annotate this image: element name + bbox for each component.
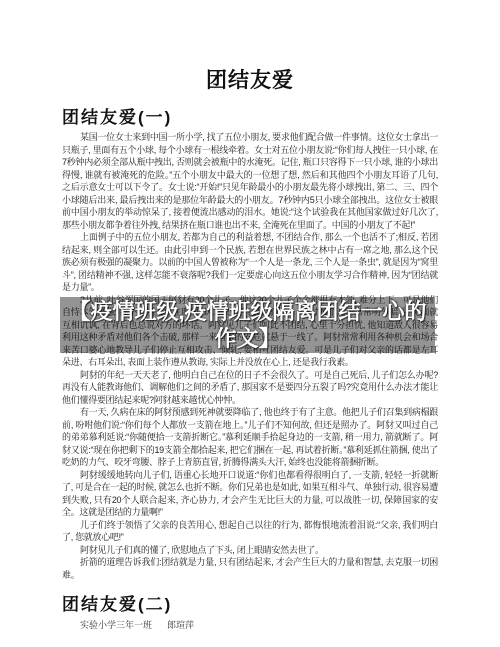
- watermark-overlay-band: 【疫情班级,疫情班级隔离团结一心的作文】: [60, 297, 435, 353]
- paragraph-king-speech: 阿豺缓缓地转向儿子们, 语重心长地开口说道:“你们也都看得很明白了, 一支箭, …: [62, 469, 438, 519]
- document-title: 团结友爱: [62, 64, 438, 94]
- paragraph-sons-repent: 儿子们终于领悟了父亲的良苦用心, 想起自己以往的行为, 都悔恨地流着泪说:“父亲…: [62, 519, 438, 544]
- paragraph-moral-nation: 上面例子中的五位小朋友, 若都为自己的利益着想, 不团结合作, 那么一个也活不了…: [62, 231, 438, 294]
- paragraph-arrow-moral: 折箭的道理告诉我们:团结就是力量, 只有团结起来, 才会产生巨大的力量和智慧, …: [62, 556, 438, 581]
- section-unity-two: 团结友爱(二) 实验小学三年一班 郎瑄萍: [62, 590, 438, 632]
- watermark-overlay-text: 【疫情班级,疫情班级隔离团结一心的作文】: [60, 298, 435, 352]
- paragraph-arrow-test: 有一天, 久病在床的阿豺预感到死神就要降临了, 他也终于有了主意。他把儿子们召集…: [62, 406, 438, 469]
- document-page: 团结友爱 团结友爱(一) 某国一位女士来到中国一所小学, 找了五位小朋友, 要求…: [0, 0, 500, 647]
- paragraph-king-worry: 阿豺的年纪一天天老了, 他明白自己在位的日子不会很久了。可是自己死后, 儿子们怎…: [62, 369, 438, 407]
- author-byline: 实验小学三年一班 郎瑄萍: [62, 619, 438, 632]
- paragraph-bottle-story: 某国一位女士来到中国一所小学, 找了五位小朋友, 要求他们配合做一件事情。这位女…: [62, 131, 438, 231]
- section-two-heading: 团结友爱(二): [62, 590, 438, 615]
- section-one-heading: 团结友爱(一): [62, 103, 438, 128]
- paragraph-king-death: 阿豺见儿子们真的懂了, 欣慰地点了下头, 闭上眼睛安然去世了。: [62, 544, 438, 557]
